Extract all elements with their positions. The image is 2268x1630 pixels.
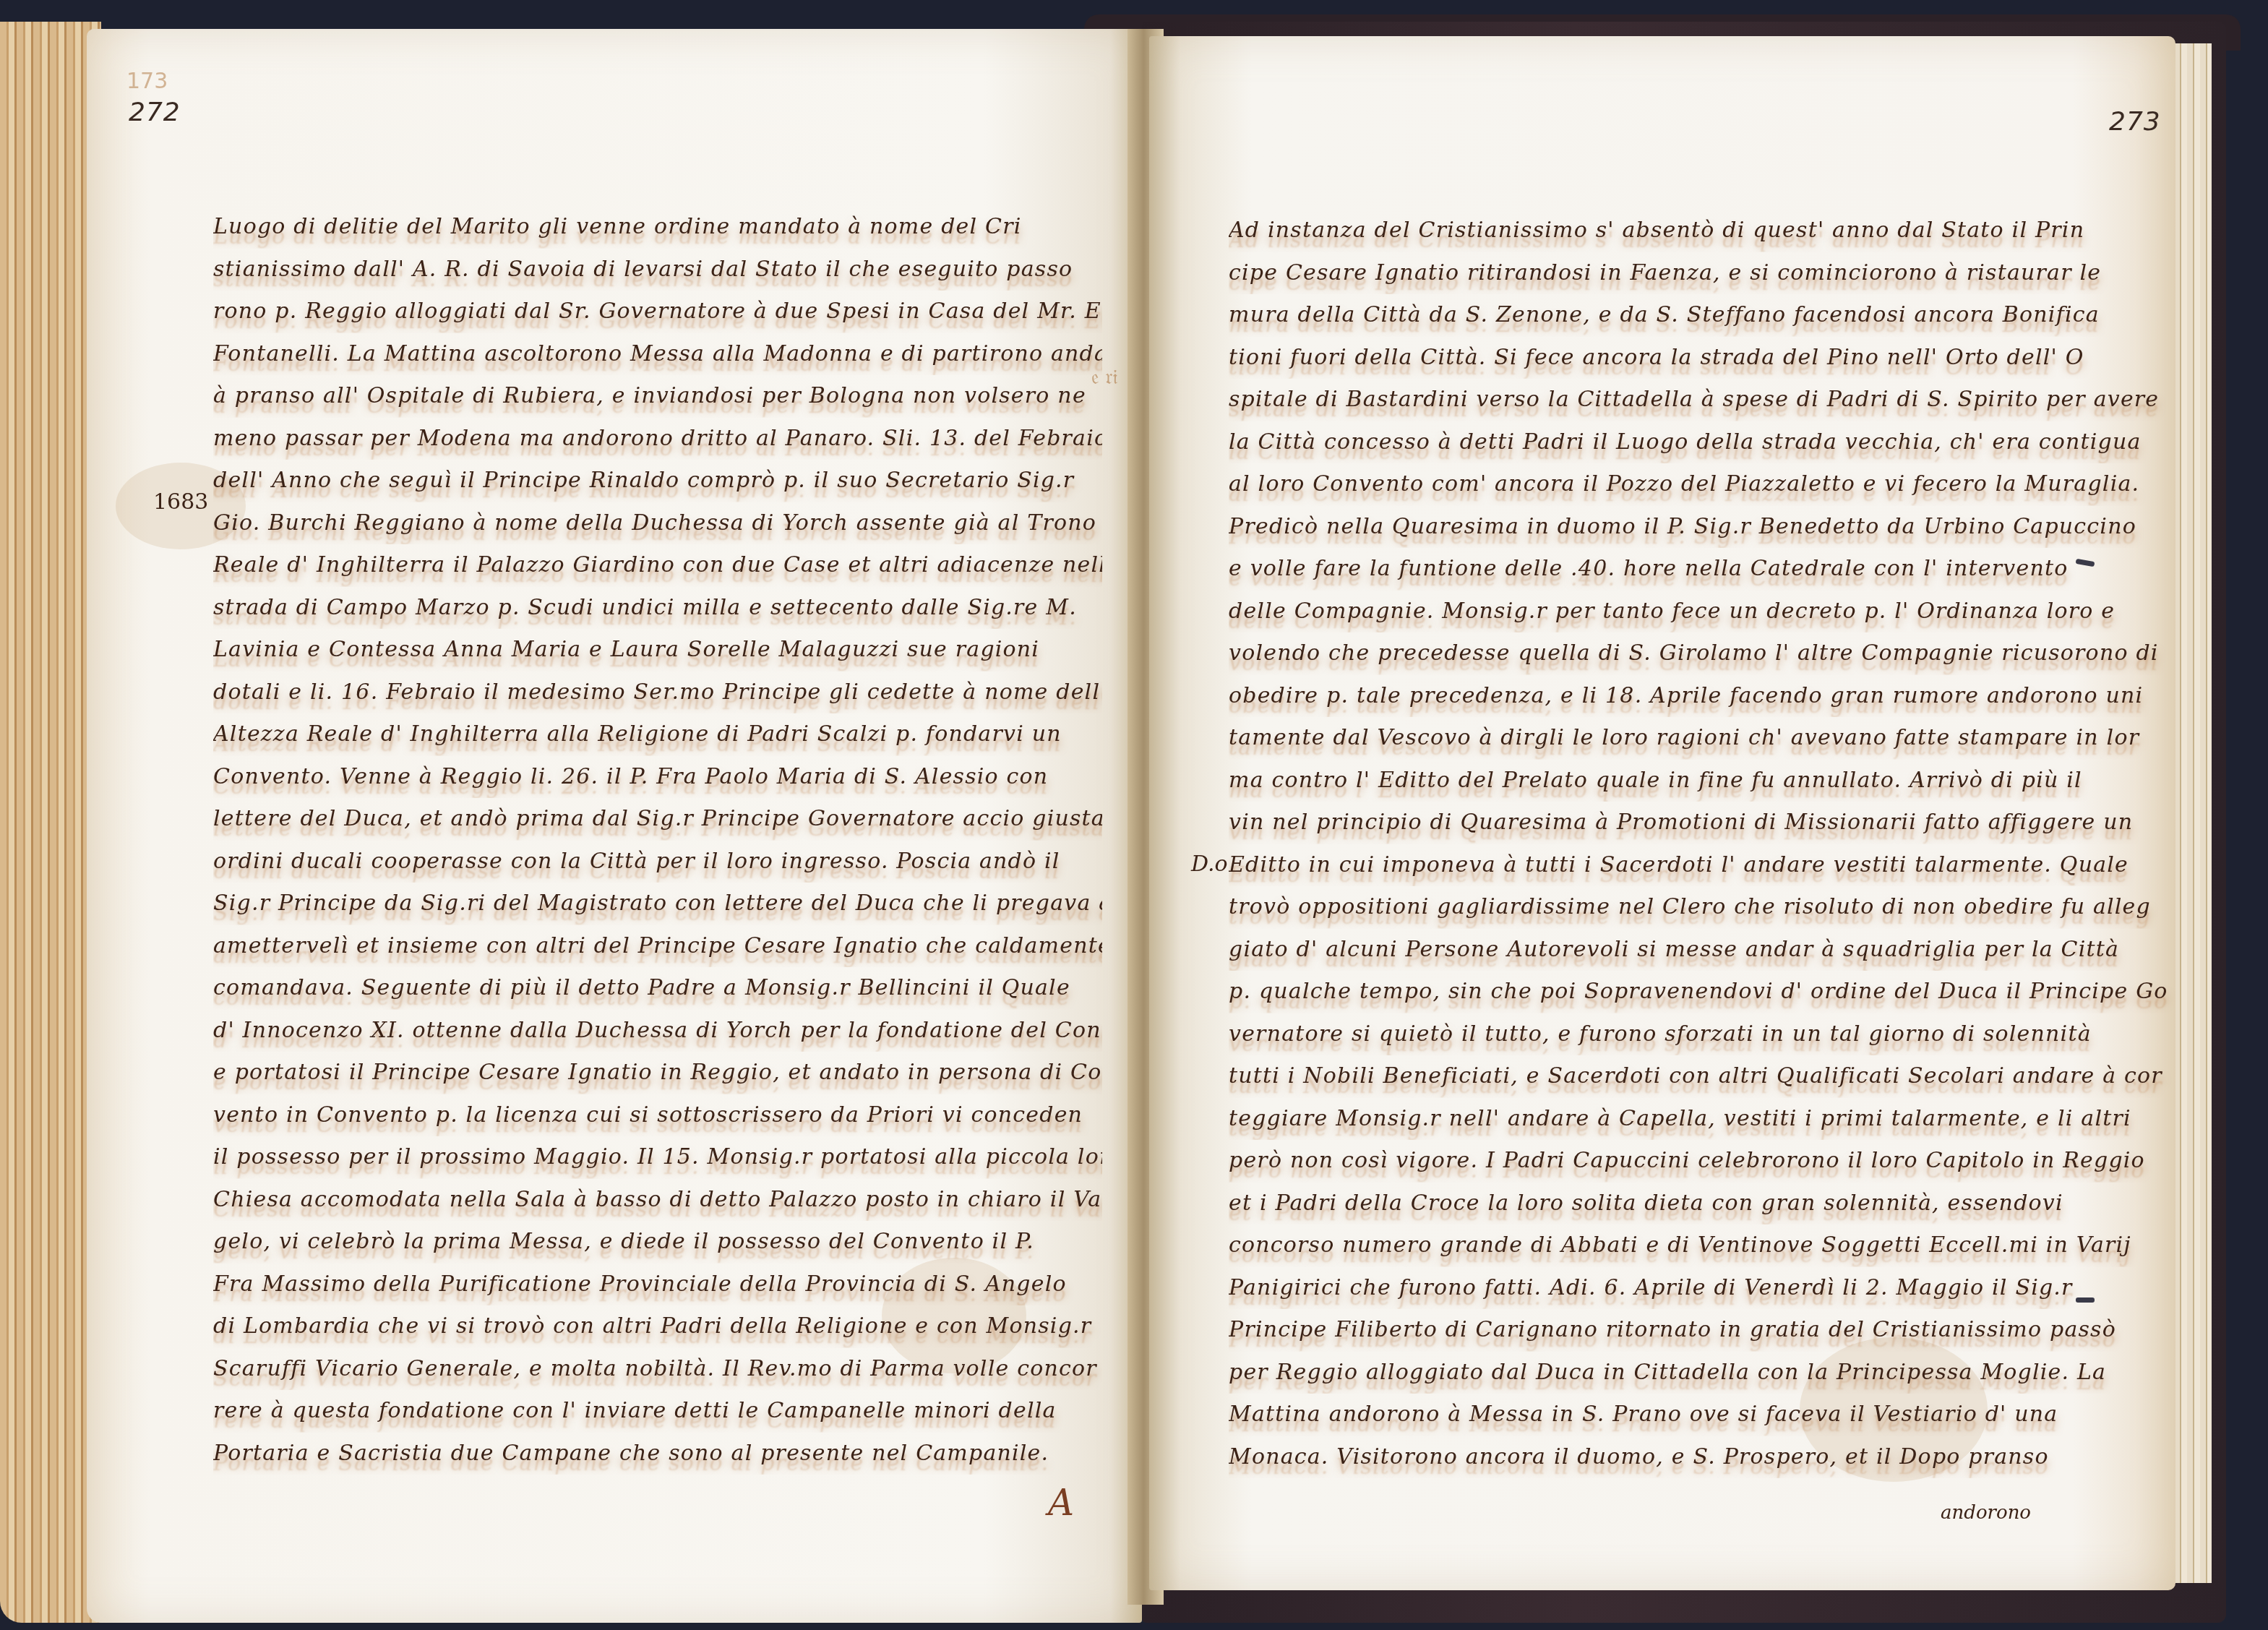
right-folio-number: 273 [2109, 107, 2161, 137]
text-line: Principe Filiberto di Carignano ritornat… [1229, 1309, 2175, 1352]
text-line: dell' Anno che seguì il Principe Rinaldo… [213, 460, 1102, 502]
text-line: per Reggio alloggiato dal Duca in Cittad… [1229, 1352, 2175, 1394]
text-line: rono p. Reggio alloggiati dal Sr. Govern… [213, 291, 1102, 333]
text-line: comandava. Seguente di più il detto Padr… [213, 967, 1102, 1010]
text-line: delle Compagnie. Monsig.r per tanto fece… [1229, 591, 2175, 633]
text-line: tutti i Nobili Beneficiati, e Sacerdoti … [1229, 1055, 2175, 1098]
text-line: trovò oppositioni gagliardissime nel Cle… [1229, 886, 2175, 929]
text-line: Luogo di delitie del Marito gli venne or… [213, 206, 1102, 249]
text-line: ma contro l' Editto del Prelato quale in… [1229, 760, 2175, 802]
left-folio-number: 272 [129, 98, 181, 127]
text-line: tamente dal Vescovo à dirgli le loro rag… [1229, 717, 2175, 760]
text-line: Monaca. Visitorono ancora il duomo, e S.… [1229, 1436, 2175, 1479]
text-line: e portatosi il Principe Cesare Ignatio i… [213, 1052, 1102, 1094]
text-line: il possesso per il prossimo Maggio. Il 1… [213, 1136, 1102, 1179]
left-page-text: Luogo di delitie del Marito gli venne or… [213, 206, 1102, 1475]
text-line: Altezza Reale d' Inghilterra alla Religi… [213, 713, 1102, 756]
text-line: vernatore si quietò il tutto, e furono s… [1229, 1013, 2175, 1056]
text-line: stianissimo dall' A. R. di Savoia di lev… [213, 249, 1102, 291]
text-line: lettere del Duca, et andò prima dal Sig.… [213, 798, 1102, 841]
text-line: amettervelì et insieme con altri del Pri… [213, 925, 1102, 968]
text-line: gelo, vi celebrò la prima Messa, e diede… [213, 1221, 1102, 1264]
text-line: volendo che precedesse quella di S. Giro… [1229, 632, 2175, 675]
text-line: mura della Città da S. Zenone, e da S. S… [1229, 294, 2175, 337]
text-line: et i Padri della Croce la loro solita di… [1229, 1183, 2175, 1225]
text-line: Gio. Burchi Reggiano à nome della Duches… [213, 502, 1102, 545]
text-line: al loro Convento com' ancora il Pozzo de… [1229, 463, 2175, 506]
text-line: à pranso all' Ospitale di Rubiera, e inv… [213, 375, 1102, 418]
catchword: andorono [1941, 1502, 2031, 1524]
text-line: strada di Campo Marzo p. Scudi undici mi… [213, 587, 1102, 630]
text-line: Chiesa accomodata nella Sala à basso di … [213, 1179, 1102, 1222]
text-line: Portaria e Sacristia due Campane che son… [213, 1433, 1102, 1475]
text-line: concorso numero grande di Abbati e di Ve… [1229, 1224, 2175, 1267]
text-line: obedire p. tale precedenza, e li 18. Apr… [1229, 675, 2175, 718]
text-line: teggiare Monsig.r nell' andare à Capella… [1229, 1098, 2175, 1141]
text-line: vin nel principio di Quaresima à Promoti… [1229, 802, 2175, 844]
text-line: cipe Cesare Ignatio ritirandosi in Faenz… [1229, 252, 2175, 295]
text-line: Editto in cui imponeva à tutti i Sacerdo… [1229, 844, 2175, 887]
text-line: Convento. Venne à Reggio li. 26. il P. F… [213, 756, 1102, 799]
left-page-stack-edges [0, 22, 101, 1623]
margin-note-do: D.o [1191, 852, 1228, 877]
text-line: Mattina andorono à Messa in S. Prano ove… [1229, 1394, 2175, 1436]
text-line: d' Innocenzo XI. ottenne dalla Duchessa … [213, 1010, 1102, 1052]
text-line: vento in Convento p. la licenza cui si s… [213, 1094, 1102, 1137]
text-line: ordini ducali cooperasse con la Città pe… [213, 841, 1102, 883]
text-line: la Città concesso à detti Padri il Luogo… [1229, 421, 2175, 464]
old-folio-number: 173 [126, 69, 168, 94]
text-line: giato d' alcuni Persone Autorevoli si me… [1229, 929, 2175, 971]
right-page-text: Ad instanza del Cristianissimo s' absent… [1229, 210, 2175, 1478]
text-line: Predicò nella Quaresima in duomo il P. S… [1229, 506, 2175, 549]
text-line: dotali e li. 16. Febraio il medesimo Ser… [213, 672, 1102, 714]
text-line: tioni fuori della Città. Si fece ancora … [1229, 337, 2175, 379]
text-line: Lavinia e Contessa Anna Maria e Laura So… [213, 629, 1102, 672]
text-line: Fontanelli. La Mattina ascoltorono Messa… [213, 333, 1102, 376]
text-line: e volle fare la funtione delle .40. hore… [1229, 548, 2175, 591]
text-line: Sig.r Principe da Sig.ri del Magistrato … [213, 883, 1102, 925]
text-line: rere à questa fondatione con l' inviare … [213, 1390, 1102, 1433]
open-manuscript-book: 173 272 1683 𝔢 𝔯𝔦 Luogo di delitie del M… [0, 0, 2268, 1630]
closing-flourish-mark: A [1048, 1482, 1074, 1524]
text-line: meno passar per Modena ma andorono dritt… [213, 418, 1102, 460]
text-line: spitale di Bastardini verso la Cittadell… [1229, 379, 2175, 421]
text-line: Panigirici che furono fatti. Adi. 6. Apr… [1229, 1267, 2175, 1310]
text-line: Scaruffi Vicario Generale, e molta nobil… [213, 1348, 1102, 1391]
text-line: di Lombardia che vi si trovò con altri P… [213, 1305, 1102, 1348]
text-line: Reale d' Inghilterra il Palazzo Giardino… [213, 544, 1102, 587]
margin-year: 1683 [153, 489, 208, 515]
text-line: però non così vigore. I Padri Capuccini … [1229, 1140, 2175, 1183]
text-line: p. qualche tempo, sin che poi Sopravenen… [1229, 971, 2175, 1013]
text-line: Fra Massimo della Purificatione Provinci… [213, 1264, 1102, 1306]
text-line: Ad instanza del Cristianissimo s' absent… [1229, 210, 2175, 252]
